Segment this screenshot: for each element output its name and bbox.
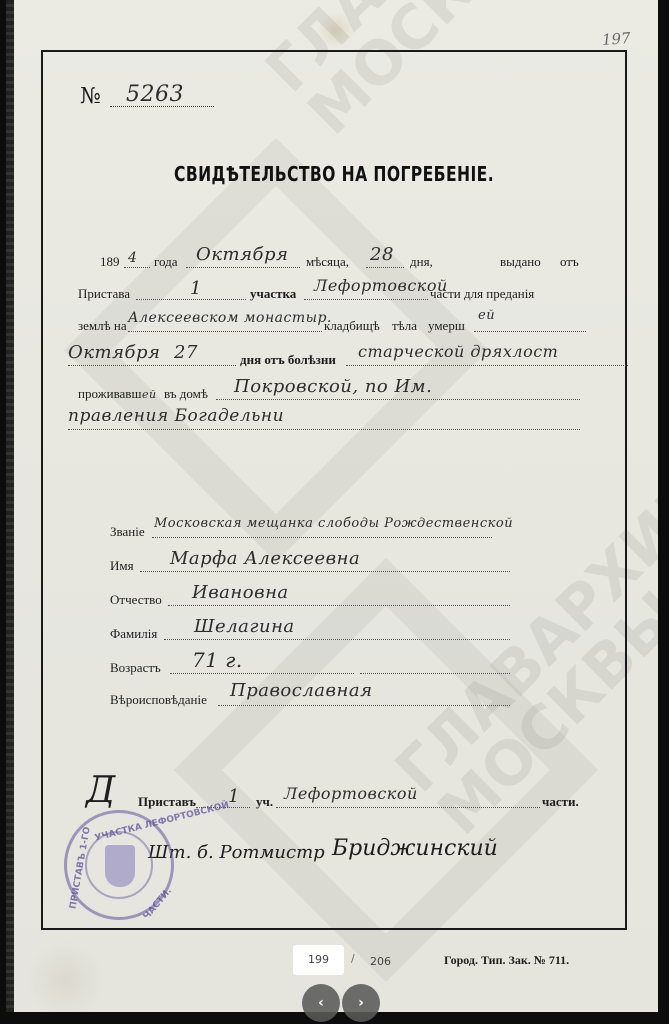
imya-label: Имя (110, 558, 134, 574)
pristav-line: Пристава 1 участка Лефортовской части дл… (78, 284, 588, 302)
paper-torn-edge (6, 0, 14, 1012)
signature-initial: Д (86, 770, 115, 811)
residence-line: проживавш ей въ домѣ Покровской, по Им. (78, 384, 588, 402)
document-viewer: ГЛАВАРХИВМОСКВЫ ГЛАВАРХИВМОСКВЫ 197 № 52… (0, 0, 669, 1024)
part-name: Лефортовской (314, 276, 448, 295)
familiya-value: Шелагина (194, 616, 295, 637)
vozrast-value: 71 г. (192, 648, 243, 672)
number-label: № (80, 84, 101, 109)
pristav-sign-label: Приставъ (138, 794, 196, 810)
archive-folio-number: 197 (601, 29, 631, 49)
prozhivavsh-suffix: ей (142, 388, 157, 401)
year-label: года (154, 254, 178, 270)
document-title: СВИДѢТЕЛЬСТВО НА ПОГРЕБЕНІЕ. (78, 162, 590, 186)
next-page-button[interactable]: › (342, 984, 380, 1022)
page-separator: / (351, 952, 355, 965)
coat-of-arms-icon (105, 845, 135, 887)
issue-day: 28 (370, 244, 394, 265)
field-veroispovedanie: Вѣроисповѣданіе Православная (110, 690, 530, 708)
total-pages: 206 (370, 955, 391, 968)
field-zvanie: Званіе Московская мещанка слободы Рождес… (110, 522, 640, 540)
date-line: 189 4 года Октября мѣсяца, 28 дня, выдан… (78, 252, 588, 270)
pristav-label: Пристава (78, 286, 130, 302)
field-imya: Имя Марфа Алексеевна (110, 556, 530, 574)
field-otchestvo: Отчество Ивановна (110, 590, 530, 608)
signature-rank: Шт. б. Ротмистр (148, 842, 325, 863)
vozrast-dotline-2 (360, 658, 510, 674)
illness-label: дня отъ болѣзни (240, 352, 336, 368)
year-digit: 4 (128, 250, 137, 266)
field-familiya: Фамилія Шелагина (110, 624, 530, 642)
chevron-right-icon: › (358, 995, 364, 1011)
month-label: мѣсяца, (306, 254, 349, 270)
umersh-label: умерш (428, 318, 465, 334)
veroispovedanie-value: Православная (230, 680, 373, 701)
death-month: Октября (68, 342, 160, 363)
cemetery-line: землѣ на Алексеевском монастыр. кладбищѣ… (78, 316, 588, 334)
zemle-label: землѣ на (78, 318, 127, 334)
part-label: части для преданія (430, 286, 534, 302)
signature-name: Бриджинский (332, 836, 498, 861)
day-label: дня, (410, 254, 433, 270)
otchestvo-label: Отчество (110, 592, 162, 608)
from-label: отъ (560, 254, 579, 270)
address-continued: правления Богадельни (68, 406, 284, 426)
uch-label: уч. (256, 794, 273, 810)
residence-cont-line: правления Богадельни (78, 414, 588, 432)
tela-label: тѣла (392, 318, 417, 334)
field-vozrast: Возрастъ 71 г. (110, 658, 530, 676)
document-page: ГЛАВАРХИВМОСКВЫ ГЛАВАРХИВМОСКВЫ 197 № 52… (6, 0, 658, 1012)
zvanie-label: Званіе (110, 524, 145, 540)
certificate-number: 5263 (126, 82, 184, 107)
illness-cause: старческой дряхлост (358, 342, 558, 361)
printer-mark: Город. Тип. Зак. № 711. (444, 953, 569, 968)
year-prefix: 189 (100, 254, 120, 270)
death-date-line: Октября 27 дня отъ болѣзни старческой др… (78, 350, 588, 368)
umersh-suffix: ей (478, 308, 495, 323)
prozhivavsh-label: проживавш (78, 386, 141, 402)
issue-month: Октября (196, 244, 288, 265)
familiya-label: Фамилія (110, 626, 157, 642)
veroispovedanie-label: Вѣроисповѣданіе (110, 692, 207, 708)
zvanie-value: Московская мещанка слободы Рождественско… (154, 516, 513, 531)
previous-page-button[interactable]: ‹ (302, 984, 340, 1022)
chasti-label: части. (542, 794, 579, 810)
otchestvo-value: Ивановна (192, 582, 289, 603)
sign-part-name: Лефортовской (284, 784, 418, 803)
uchastok-number: 1 (190, 278, 202, 299)
chevron-left-icon: ‹ (318, 995, 324, 1011)
imya-value: Марфа Алексеевна (170, 548, 360, 569)
sign-uchastok-number: 1 (228, 786, 240, 807)
uchastok-label: участка (250, 286, 296, 302)
viewer-margin-right (658, 0, 669, 1024)
vozrast-label: Возрастъ (110, 660, 161, 676)
address: Покровской, по Им. (234, 376, 432, 397)
v-dome-label: въ домѣ (164, 386, 208, 402)
issued-label: выдано (500, 254, 541, 270)
page-number-input[interactable]: 199 (293, 945, 344, 975)
death-day: 27 (174, 342, 198, 363)
kladbische-label: кладбищѣ (324, 318, 380, 334)
cemetery-name: Алексеевском монастыр. (128, 310, 332, 326)
official-stamp: УЧАСТКА ЛЕФОРТОВСКОЙ ПРИСТАВЪ 1-ГО ЧАСТИ… (64, 810, 174, 920)
